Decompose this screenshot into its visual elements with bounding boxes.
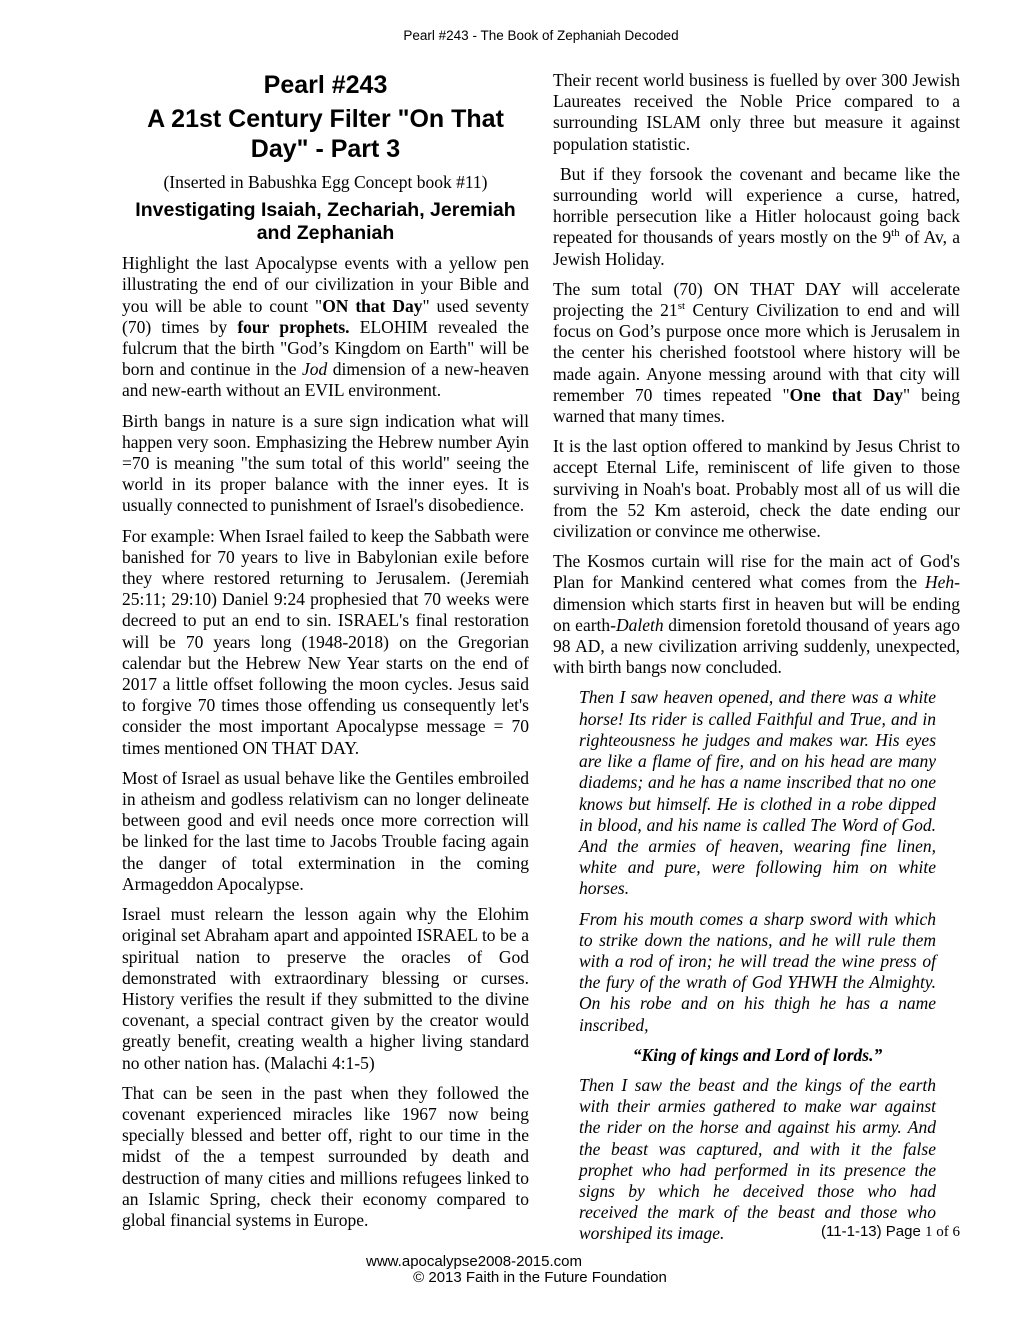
paragraph: It is the last option offered to mankind… (553, 436, 960, 542)
section-heading: Investigating Isaiah, Zechariah, Jeremia… (122, 199, 529, 245)
left-column: Pearl #243 A 21st Century Filter "On Tha… (122, 70, 529, 1240)
inserted-note: (Inserted in Babushka Egg Concept book #… (122, 172, 529, 193)
text-run: ON that Day (322, 296, 422, 316)
text-run: Israel must relearn the lesson again why… (122, 904, 529, 1072)
text-run: st (678, 300, 685, 312)
paragraph: Their recent world business is fuelled b… (553, 70, 960, 155)
text-run: For example: When Israel failed to keep … (122, 526, 529, 758)
text-run: four prophets. (237, 317, 349, 337)
paragraph: For example: When Israel failed to keep … (122, 526, 529, 759)
text-run: Most of Israel as usual behave like the … (122, 768, 529, 894)
block-quote: From his mouth comes a sharp sword with … (579, 909, 936, 1036)
paragraph: The Kosmos curtain will rise for the mai… (553, 551, 960, 678)
text-run: Heh- (925, 572, 960, 592)
right-column: Their recent world business is fuelled b… (553, 70, 960, 1254)
block-quote: Then I saw the beast and the kings of th… (579, 1075, 936, 1245)
text-run: It is the last option offered to mankind… (553, 436, 960, 541)
text-run: That can be seen in the past when they f… (122, 1083, 529, 1230)
paragraph: But if they forsook the covenant and bec… (553, 164, 960, 270)
text-run: Jod (302, 359, 327, 379)
text-run: Daleth (616, 615, 664, 635)
text-run: Their recent world business is fuelled b… (553, 70, 960, 154)
paragraph: Highlight the last Apocalypse events wit… (122, 253, 529, 401)
page-number-line: (11-1-13) Page 1 of 6 (821, 1223, 960, 1241)
copyright-line: © 2013 Faith in the Future Foundation (413, 1269, 667, 1286)
right-column-blocks: Their recent world business is fuelled b… (553, 70, 960, 1245)
centered-quote: “King of kings and Lord of lords.” (579, 1045, 936, 1066)
block-quote: Then I saw heaven opened, and there was … (579, 687, 936, 899)
text-run: “King of kings and Lord of lords.” (633, 1045, 882, 1065)
text-run: Then I saw the beast and the kings of th… (579, 1075, 936, 1243)
document-header-title: Pearl #243 - The Book of Zephaniah Decod… (122, 28, 960, 43)
paragraph: That can be seen in the past when they f… (122, 1083, 529, 1231)
document-page: Pearl #243 - The Book of Zephaniah Decod… (0, 0, 1020, 1320)
paragraph: Israel must relearn the lesson again why… (122, 904, 529, 1074)
text-run: (11-1-13) Page (821, 1223, 925, 1240)
text-run: 1 of 6 (925, 1224, 960, 1240)
page-title: Pearl #243 (122, 70, 529, 100)
website-url: www.apocalypse2008-2015.com (366, 1253, 582, 1270)
paragraph: Most of Israel as usual behave like the … (122, 768, 529, 895)
text-run: One that Day (790, 385, 903, 405)
text-run: Then I saw heaven opened, and there was … (579, 687, 936, 898)
text-run: th (891, 228, 900, 240)
text-run: From his mouth comes a sharp sword with … (579, 909, 936, 1035)
paragraph: The sum total (70) ON THAT DAY will acce… (553, 279, 960, 427)
left-column-blocks: Highlight the last Apocalypse events wit… (122, 253, 529, 1231)
paragraph: Birth bangs in nature is a sure sign ind… (122, 411, 529, 517)
text-run: The Kosmos curtain will rise for the mai… (553, 551, 960, 592)
page-subtitle-title: A 21st Century Filter "On That Day" - Pa… (122, 104, 529, 164)
text-run: Birth bangs in nature is a sure sign ind… (122, 411, 529, 516)
